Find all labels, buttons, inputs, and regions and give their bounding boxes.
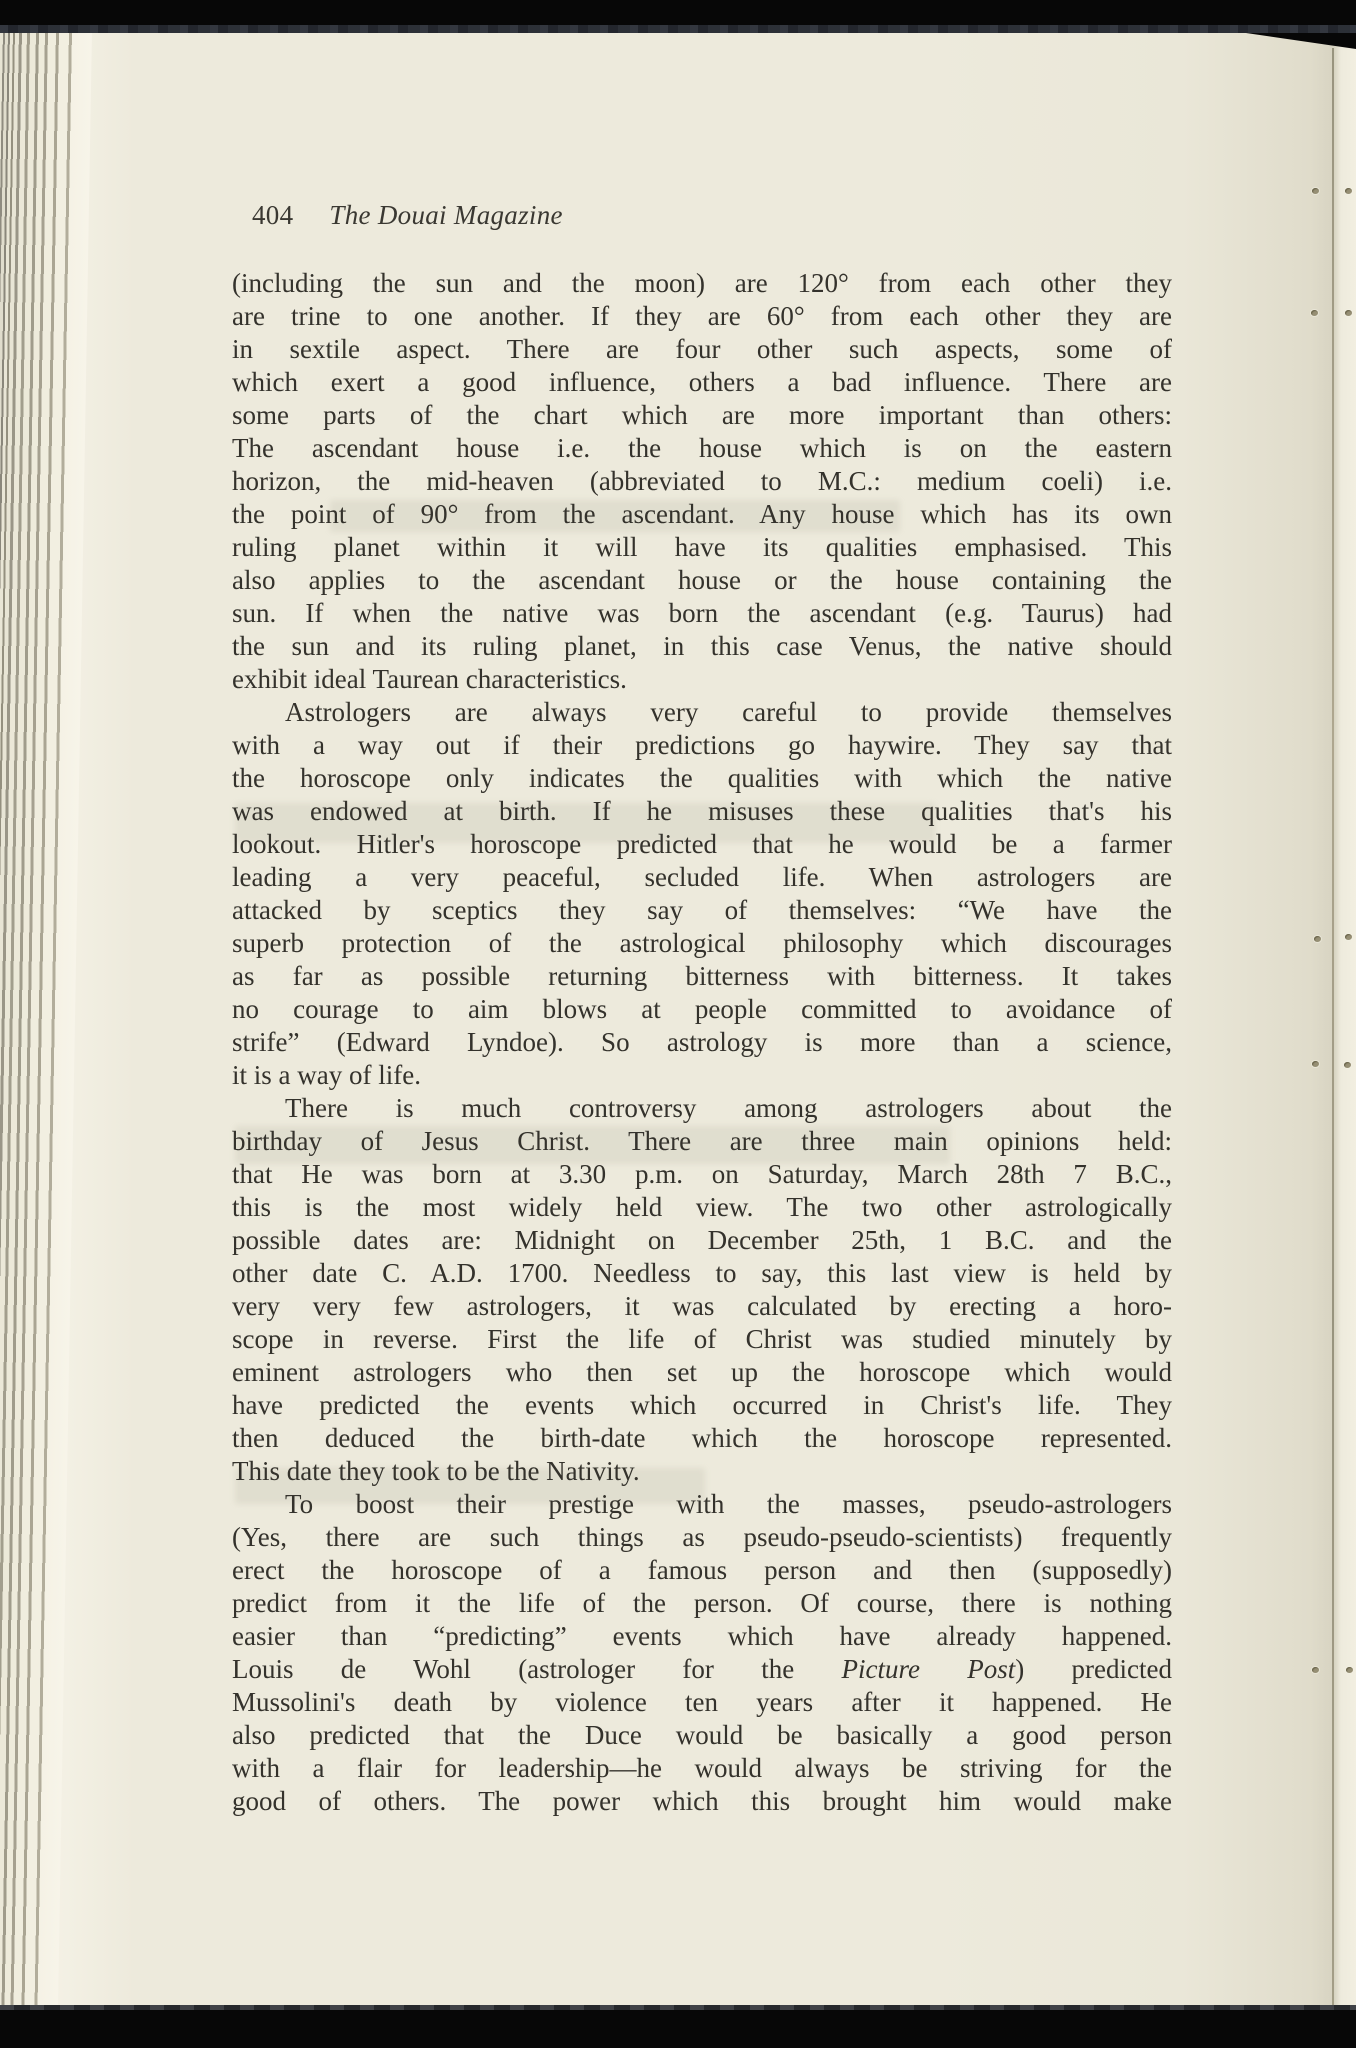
text-line: no courage to aim blows at people commit…: [232, 993, 1172, 1026]
text-line: good of others. The power which this bro…: [232, 1785, 1172, 1818]
stitch-hole: [1346, 1667, 1353, 1673]
text-line: exhibit ideal Taurean characteristics.: [232, 663, 1172, 696]
text-line: possible dates are: Midnight on December…: [232, 1224, 1172, 1257]
text-line: was endowed at birth. If he misuses thes…: [232, 795, 1172, 828]
text-line: scope in reverse. First the life of Chri…: [232, 1323, 1172, 1356]
text-line: leading a very peaceful, secluded life. …: [232, 861, 1172, 894]
text-line: have predicted the events which occurred…: [232, 1389, 1172, 1422]
stitch-hole: [1311, 310, 1318, 316]
stitch-hole: [1345, 310, 1352, 316]
stitch-hole: [1345, 188, 1352, 194]
text-line: as far as possible returning bitterness …: [232, 960, 1172, 993]
text-line: the horoscope only indicates the qualiti…: [232, 762, 1172, 795]
text-line: This date they took to be the Nativity.: [232, 1455, 1172, 1488]
cover-edge-top: [0, 0, 1356, 33]
text-span: ) predicted: [1015, 1654, 1172, 1684]
text-line: lookout. Hitler's horoscope predicted th…: [232, 828, 1172, 861]
text-line: some parts of the chart which are more i…: [232, 399, 1172, 432]
text-line: erect the horoscope of a famous person a…: [232, 1554, 1172, 1587]
stitch-hole: [1314, 936, 1321, 942]
text-span: Louis de Wohl (astrologer for the: [232, 1654, 842, 1684]
cover-edge-bottom: [0, 2005, 1356, 2048]
adjacent-page-edge: [1334, 46, 1356, 2005]
text-line: also predicted that the Duce would be ba…: [232, 1719, 1172, 1752]
text-line: horizon, the mid-heaven (abbreviated to …: [232, 465, 1172, 498]
text-line: There is much controversy among astrolog…: [232, 1092, 1172, 1125]
text-line: it is a way of life.: [232, 1059, 1172, 1092]
page-number: 404: [252, 200, 293, 230]
stitch-hole: [1312, 1667, 1319, 1673]
text-line: Astrologers are always very careful to p…: [232, 696, 1172, 729]
stitch-hole: [1312, 1061, 1319, 1067]
text-line: with a way out if their predictions go h…: [232, 729, 1172, 762]
text-line: the point of 90° from the ascendant. Any…: [232, 498, 1172, 531]
text-line: easier than “predicting” events which ha…: [232, 1620, 1172, 1653]
text-line: also applies to the ascendant house or t…: [232, 564, 1172, 597]
text-line: eminent astrologers who then set up the …: [232, 1356, 1172, 1389]
text-line: The ascendant house i.e. the house which…: [232, 432, 1172, 465]
text-line: (Yes, there are such things as pseudo-ps…: [232, 1521, 1172, 1554]
text-line: (including the sun and the moon) are 120…: [232, 267, 1172, 300]
book-scan: 404The Douai Magazine (including the sun…: [0, 0, 1356, 2048]
magazine-title: The Douai Magazine: [329, 200, 562, 230]
text-line: strife” (Edward Lyndoe). So astrology is…: [232, 1026, 1172, 1059]
text-line: Mussolini's death by violence ten years …: [232, 1686, 1172, 1719]
stitch-hole: [1345, 934, 1352, 940]
text-line: ruling planet within it will have its qu…: [232, 531, 1172, 564]
text-line: other date C. A.D. 1700. Needless to say…: [232, 1257, 1172, 1290]
text-line: predict from it the life of the person. …: [232, 1587, 1172, 1620]
text-line: the sun and its ruling planet, in this c…: [232, 630, 1172, 663]
text-line: which exert a good influence, others a b…: [232, 366, 1172, 399]
text-line: are trine to one another. If they are 60…: [232, 300, 1172, 333]
text-line: superb protection of the astrological ph…: [232, 927, 1172, 960]
stitch-hole: [1312, 188, 1319, 194]
text-line: attacked by sceptics they say of themsel…: [232, 894, 1172, 927]
text-line: sun. If when the native was born the asc…: [232, 597, 1172, 630]
text-line: Louis de Wohl (astrologer for the Pictur…: [232, 1653, 1172, 1686]
running-header: 404The Douai Magazine: [252, 200, 563, 231]
text-line: this is the most widely held view. The t…: [232, 1191, 1172, 1224]
text-line: that He was born at 3.30 p.m. on Saturda…: [232, 1158, 1172, 1191]
italic-publication-name: Picture Post: [842, 1654, 1016, 1684]
text-line: in sextile aspect. There are four other …: [232, 333, 1172, 366]
text-line: To boost their prestige with the masses,…: [232, 1488, 1172, 1521]
text-line: very very few astrologers, it was calcul…: [232, 1290, 1172, 1323]
stitch-hole: [1344, 1062, 1351, 1068]
body-text: (including the sun and the moon) are 120…: [232, 267, 1172, 1818]
text-line: birthday of Jesus Christ. There are thre…: [232, 1125, 1172, 1158]
text-line: then deduced the birth-date which the ho…: [232, 1422, 1172, 1455]
text-line: with a flair for leadership—he would alw…: [232, 1752, 1172, 1785]
